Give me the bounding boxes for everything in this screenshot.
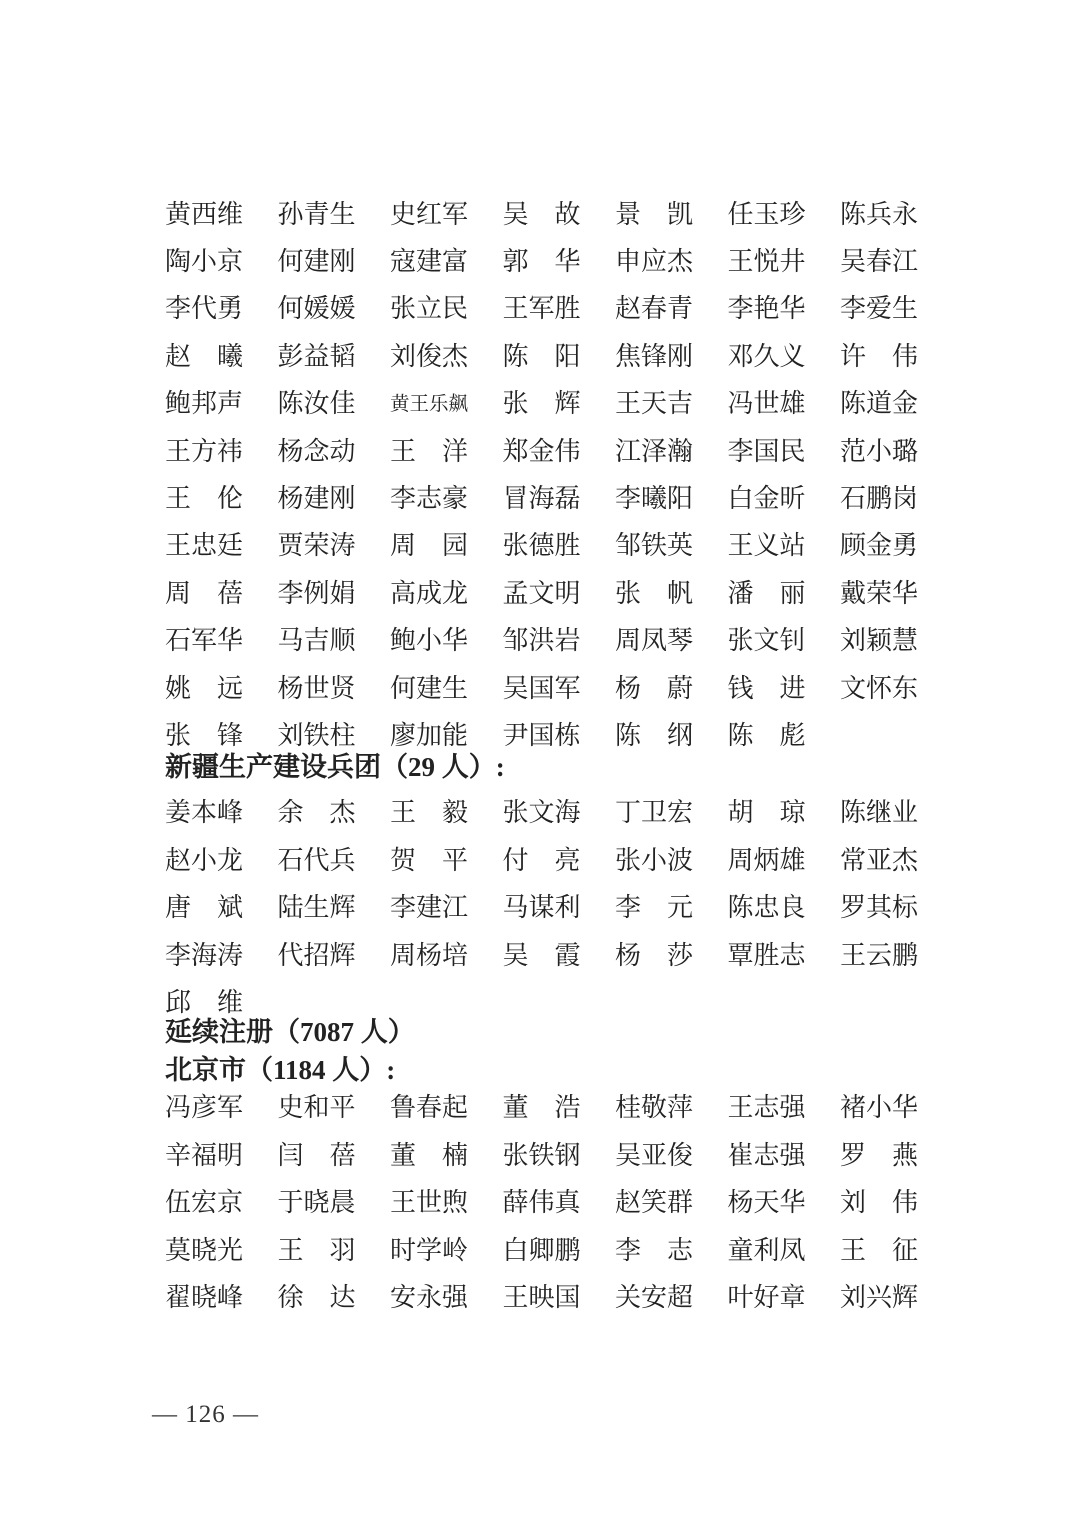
person-name: 付 亮 <box>503 848 581 874</box>
person-name: 尹国栋 <box>503 723 581 749</box>
name-row: 伍宏京于晓晨王世煦薛伟真赵笑群杨天华刘 伟 <box>165 1179 955 1226</box>
person-name: 李海涛 <box>165 943 243 969</box>
person-name: 许 伟 <box>840 344 918 370</box>
person-name: 翟晓峰 <box>165 1285 243 1311</box>
person-name: 王方祎 <box>165 439 243 465</box>
person-name: 杨世贤 <box>278 676 356 702</box>
person-name: 张立民 <box>390 296 468 322</box>
person-name: 李代勇 <box>165 296 243 322</box>
heading-xinjiang-production-construction-corps: 新疆生产建设兵团（29 人）: <box>165 748 955 786</box>
names-grid-xinjiang-corps: 姜本峰余 杰王 毅张文海丁卫宏胡 琼陈继业赵小龙石代兵贺 平付 亮张小波周炳雄常… <box>165 790 955 1027</box>
person-name: 李曦阳 <box>615 486 693 512</box>
person-name: 孙青生 <box>278 202 356 228</box>
person-name: 杨 莎 <box>615 943 693 969</box>
person-name: 丁卫宏 <box>615 800 693 826</box>
person-name: 李国民 <box>728 439 806 465</box>
person-name: 叶好章 <box>728 1285 806 1311</box>
person-name: 陆生辉 <box>278 895 356 921</box>
person-name: 李志豪 <box>390 486 468 512</box>
name-row: 王方祎杨念动王 洋郑金伟江泽瀚李国民范小璐 <box>165 428 955 475</box>
person-name: 王 洋 <box>390 439 468 465</box>
person-name: 石代兵 <box>278 848 356 874</box>
person-name: 陶小京 <box>165 249 243 275</box>
person-name: 张 帆 <box>615 581 693 607</box>
person-name: 周凤琴 <box>615 628 693 654</box>
person-name: 陈道金 <box>840 391 918 417</box>
name-row: 陶小京何建刚寇建富郭 华申应杰王悦井吴春江 <box>165 238 955 285</box>
person-name: 王云鹏 <box>840 943 918 969</box>
person-name: 陈 阳 <box>503 344 581 370</box>
person-name: 崔志强 <box>728 1143 806 1169</box>
page-footer: — 126 — <box>152 1401 259 1429</box>
name-row: 黄西维孙青生史红军吴 故景 凯任玉珍陈兵永 <box>165 191 955 238</box>
person-name: 王悦井 <box>728 249 806 275</box>
person-name: 刘兴辉 <box>840 1285 918 1311</box>
person-name: 刘颖慧 <box>840 628 918 654</box>
person-name: 张文钊 <box>728 628 806 654</box>
person-name: 李爱生 <box>840 296 918 322</box>
person-name: 钱 进 <box>728 676 806 702</box>
person-name: 鲍邦声 <box>165 391 243 417</box>
person-name: 吴 霞 <box>503 943 581 969</box>
person-name: 江泽瀚 <box>615 439 693 465</box>
person-name: 关安超 <box>615 1285 693 1311</box>
person-name: 白卿鹏 <box>503 1238 581 1264</box>
person-name: 吴春江 <box>840 249 918 275</box>
person-name: 王 毅 <box>390 800 468 826</box>
person-name: 潘 丽 <box>728 581 806 607</box>
person-name: 徐 达 <box>278 1285 356 1311</box>
person-name: 冯世雄 <box>728 391 806 417</box>
person-name: 赵小龙 <box>165 848 243 874</box>
name-row: 赵 曦彭益韬刘俊杰陈 阳焦锋刚邓久义许 伟 <box>165 333 955 380</box>
person-name: 莫晓光 <box>165 1238 243 1264</box>
person-name: 史和平 <box>278 1095 356 1121</box>
person-name: 时学岭 <box>390 1238 468 1264</box>
person-name: 董 浩 <box>503 1095 581 1121</box>
page-number: — 126 — <box>152 1401 259 1428</box>
name-row: 赵小龙石代兵贺 平付 亮张小波周炳雄常亚杰 <box>165 837 955 884</box>
person-name: 史红军 <box>390 202 468 228</box>
person-name: 黄王乐飙 <box>390 395 468 415</box>
name-row: 鲍邦声陈汝佳黄王乐飙张 辉王天吉冯世雄陈道金 <box>165 381 955 428</box>
person-name: 杨建刚 <box>278 486 356 512</box>
person-name: 廖加能 <box>390 723 468 749</box>
person-name: 杨 蔚 <box>615 676 693 702</box>
person-name: 王志强 <box>728 1095 806 1121</box>
person-name: 何建刚 <box>278 249 356 275</box>
person-name: 石鹏岗 <box>840 486 918 512</box>
person-name: 赵春青 <box>615 296 693 322</box>
person-name: 张 锋 <box>165 723 243 749</box>
name-row: 李海涛代招辉周杨培吴 霞杨 莎覃胜志王云鹏 <box>165 932 955 979</box>
person-name: 童利凤 <box>728 1238 806 1264</box>
person-name: 刘俊杰 <box>390 344 468 370</box>
person-name: 辛福明 <box>165 1143 243 1169</box>
person-name: 邹铁英 <box>615 533 693 559</box>
person-name: 郑金伟 <box>503 439 581 465</box>
person-name: 焦锋刚 <box>615 344 693 370</box>
person-name: 孟文明 <box>503 581 581 607</box>
name-row: 姚 远杨世贤何建生吴国军杨 蔚钱 进文怀东 <box>165 665 955 712</box>
person-name: 董 楠 <box>390 1143 468 1169</box>
person-name: 代招辉 <box>278 943 356 969</box>
person-name: 周炳雄 <box>728 848 806 874</box>
name-row: 翟晓峰徐 达安永强王映国关安超叶好章刘兴辉 <box>165 1274 955 1321</box>
person-name: 周 园 <box>390 533 468 559</box>
person-name: 周杨培 <box>390 943 468 969</box>
person-name: 范小璐 <box>840 439 918 465</box>
person-name: 王映国 <box>503 1285 581 1311</box>
name-row: 辛福明闫 蓓董 楠张铁钢吴亚俊崔志强罗 燕 <box>165 1132 955 1179</box>
person-name: 陈忠良 <box>728 895 806 921</box>
person-name: 王天吉 <box>615 391 693 417</box>
person-name: 罗其标 <box>840 895 918 921</box>
person-name: 桂敬萍 <box>615 1095 693 1121</box>
person-name: 张 辉 <box>503 391 581 417</box>
names-grid-beijing: 冯彦军史和平鲁春起董 浩桂敬萍王志强褚小华辛福明闫 蓓董 楠张铁钢吴亚俊崔志强罗… <box>165 1085 955 1322</box>
person-name: 申应杰 <box>615 249 693 275</box>
name-row: 李代勇何媛媛张立民王军胜赵春青李艳华李爱生 <box>165 286 955 333</box>
person-name: 张文海 <box>503 800 581 826</box>
person-name: 景 凯 <box>615 202 693 228</box>
person-name: 贾荣涛 <box>278 533 356 559</box>
person-name: 邓久义 <box>728 344 806 370</box>
person-name: 鲁春起 <box>390 1095 468 1121</box>
person-name: 罗 燕 <box>840 1143 918 1169</box>
person-name: 赵 曦 <box>165 344 243 370</box>
person-name: 李例娟 <box>278 581 356 607</box>
person-name: 安永强 <box>390 1285 468 1311</box>
person-name: 覃胜志 <box>728 943 806 969</box>
person-name: 李建江 <box>390 895 468 921</box>
person-name: 贺 平 <box>390 848 468 874</box>
person-name: 马谋利 <box>503 895 581 921</box>
person-name: 马吉顺 <box>278 628 356 654</box>
person-name: 邹洪岩 <box>503 628 581 654</box>
person-name: 陈兵永 <box>840 202 918 228</box>
name-row: 王忠廷贾荣涛周 园张德胜邹铁英王义站顾金勇 <box>165 523 955 570</box>
person-name: 石军华 <box>165 628 243 654</box>
names-grid-continued: 黄西维孙青生史红军吴 故景 凯任玉珍陈兵永陶小京何建刚寇建富郭 华申应杰王悦井吴… <box>165 191 955 760</box>
person-name: 张铁钢 <box>503 1143 581 1169</box>
name-row: 冯彦军史和平鲁春起董 浩桂敬萍王志强褚小华 <box>165 1085 955 1132</box>
person-name: 寇建富 <box>390 249 468 275</box>
person-name: 王忠廷 <box>165 533 243 559</box>
person-name: 吴亚俊 <box>615 1143 693 1169</box>
person-name: 于晓晨 <box>278 1190 356 1216</box>
person-name: 伍宏京 <box>165 1190 243 1216</box>
name-row: 周 蓓李例娟高成龙孟文明张 帆潘 丽戴荣华 <box>165 570 955 617</box>
person-name: 郭 华 <box>503 249 581 275</box>
person-name: 王 羽 <box>278 1238 356 1264</box>
person-name: 陈继业 <box>840 800 918 826</box>
person-name: 黄西维 <box>165 202 243 228</box>
heading-continued-registration: 延续注册（7087 人） <box>165 1013 955 1051</box>
person-name: 鲍小华 <box>390 628 468 654</box>
person-name: 杨天华 <box>728 1190 806 1216</box>
person-name: 杨念动 <box>278 439 356 465</box>
person-name: 薛伟真 <box>503 1190 581 1216</box>
person-name: 刘铁柱 <box>278 723 356 749</box>
person-name: 胡 琼 <box>728 800 806 826</box>
person-name: 姜本峰 <box>165 800 243 826</box>
person-name: 李艳华 <box>728 296 806 322</box>
person-name: 王 伦 <box>165 486 243 512</box>
person-name: 冯彦军 <box>165 1095 243 1121</box>
person-name: 姚 远 <box>165 676 243 702</box>
person-name: 张德胜 <box>503 533 581 559</box>
person-name: 李 志 <box>615 1238 693 1264</box>
person-name: 周 蓓 <box>165 581 243 607</box>
name-row: 姜本峰余 杰王 毅张文海丁卫宏胡 琼陈继业 <box>165 790 955 837</box>
document-page: 黄西维孙青生史红军吴 故景 凯任玉珍陈兵永陶小京何建刚寇建富郭 华申应杰王悦井吴… <box>0 0 1080 1527</box>
person-name: 褚小华 <box>840 1095 918 1121</box>
person-name: 王义站 <box>728 533 806 559</box>
person-name: 何媛媛 <box>278 296 356 322</box>
person-name: 闫 蓓 <box>278 1143 356 1169</box>
person-name: 任玉珍 <box>728 202 806 228</box>
heading-beijing: 北京市（1184 人）: <box>165 1051 955 1089</box>
person-name: 冒海磊 <box>503 486 581 512</box>
person-name: 顾金勇 <box>840 533 918 559</box>
person-name: 李 元 <box>615 895 693 921</box>
person-name: 吴 故 <box>503 202 581 228</box>
person-name: 吴国军 <box>503 676 581 702</box>
person-name: 陈 彪 <box>728 723 806 749</box>
person-name: 文怀东 <box>840 676 918 702</box>
person-name: 余 杰 <box>278 800 356 826</box>
person-name: 张小波 <box>615 848 693 874</box>
name-row: 唐 斌陆生辉李建江马谋利李 元陈忠良罗其标 <box>165 884 955 931</box>
person-name: 王 征 <box>840 1238 918 1264</box>
name-row: 王 伦杨建刚李志豪冒海磊李曦阳白金昕石鹏岗 <box>165 475 955 522</box>
document-content: 黄西维孙青生史红军吴 故景 凯任玉珍陈兵永陶小京何建刚寇建富郭 华申应杰王悦井吴… <box>165 191 955 1322</box>
person-name: 唐 斌 <box>165 895 243 921</box>
person-name: 陈 纲 <box>615 723 693 749</box>
name-row: 石军华马吉顺鲍小华邹洪岩周凤琴张文钊刘颖慧 <box>165 618 955 665</box>
name-row: 莫晓光王 羽时学岭白卿鹏李 志童利凤王 征 <box>165 1227 955 1274</box>
person-name: 赵笑群 <box>615 1190 693 1216</box>
person-name: 彭益韬 <box>278 344 356 370</box>
person-name: 何建生 <box>390 676 468 702</box>
person-name: 常亚杰 <box>840 848 918 874</box>
person-name: 王军胜 <box>503 296 581 322</box>
person-name: 戴荣华 <box>840 581 918 607</box>
person-name: 陈汝佳 <box>278 391 356 417</box>
person-name: 刘 伟 <box>840 1190 918 1216</box>
person-name: 白金昕 <box>728 486 806 512</box>
person-name: 高成龙 <box>390 581 468 607</box>
person-name: 王世煦 <box>390 1190 468 1216</box>
